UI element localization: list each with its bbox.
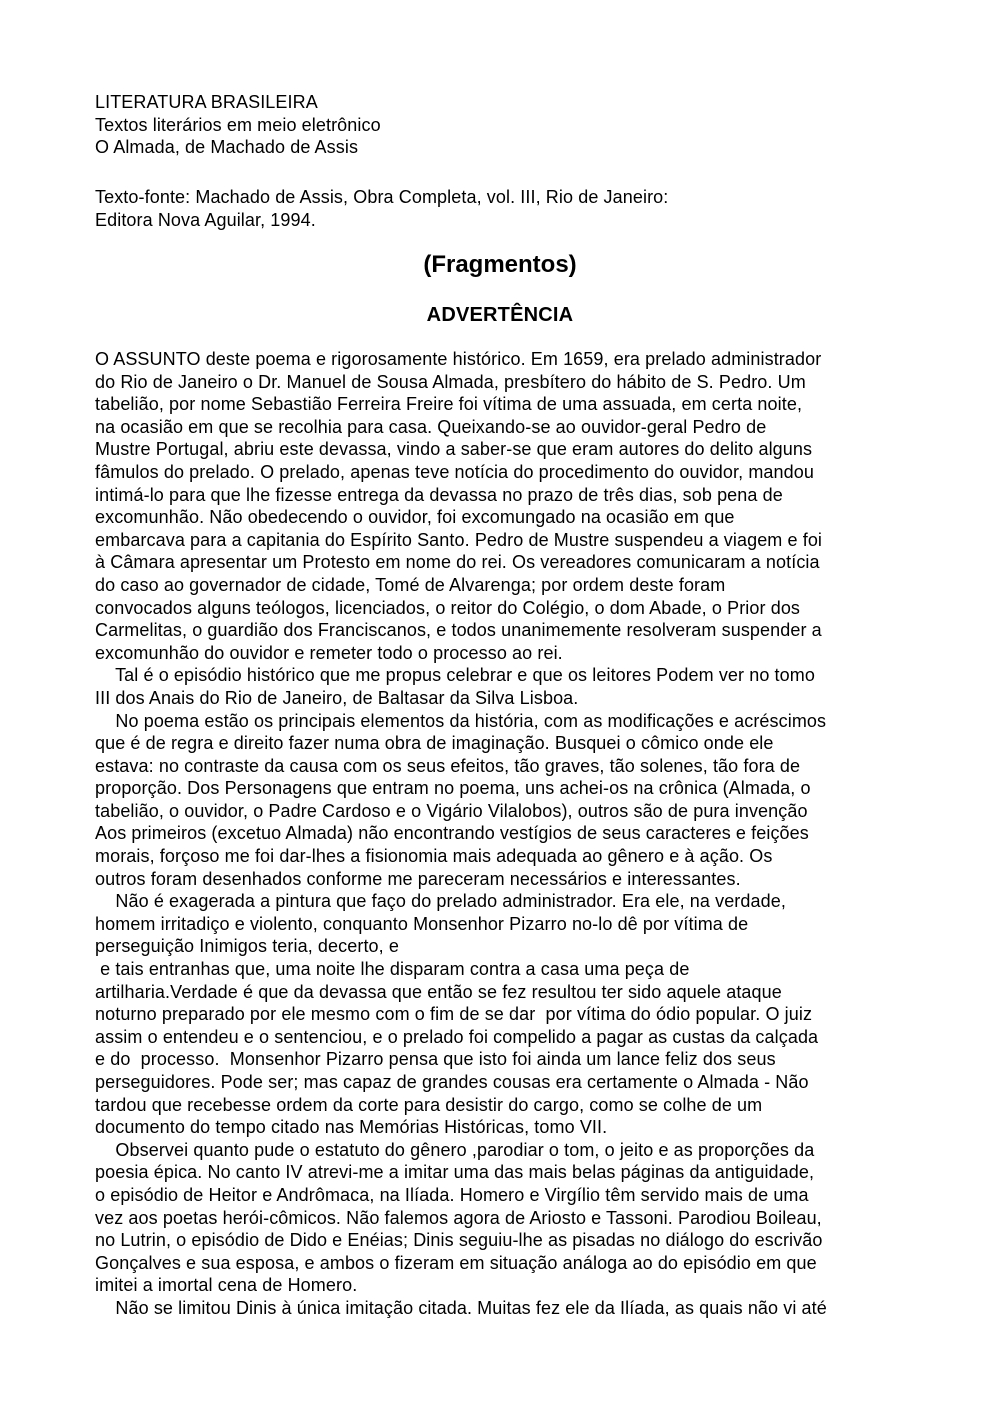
text-line: assim o entendeu e o sentenciou, e o pre… <box>95 1026 910 1049</box>
text-line: LITERATURA BRASILEIRA <box>95 91 381 114</box>
text-line: Gonçalves e sua esposa, e ambos o fizera… <box>95 1252 910 1275</box>
text-line: Textos literários em meio eletrônico <box>95 114 381 137</box>
text-line: documento do tempo citado nas Memórias H… <box>95 1116 910 1139</box>
text-line: Observei quanto pude o estatuto do gêner… <box>95 1139 910 1162</box>
text-line: intimá-lo para que lhe fizesse entrega d… <box>95 484 910 507</box>
text-line: estava: no contraste da causa com os seu… <box>95 755 910 778</box>
text-line: perseguidores. Pode ser; mas capaz de gr… <box>95 1071 910 1094</box>
text-line: Mustre Portugal, abriu este devassa, vin… <box>95 438 910 461</box>
text-line: artilharia.Verdade é que da devassa que … <box>95 981 910 1004</box>
text-line: imitei a imortal cena de Homero. <box>95 1274 910 1297</box>
text-line: Carmelitas, o guardião dos Franciscanos,… <box>95 619 910 642</box>
text-line: Texto-fonte: Machado de Assis, Obra Comp… <box>95 186 668 209</box>
text-line: O Almada, de Machado de Assis <box>95 136 381 159</box>
text-line: No poema estão os principais elementos d… <box>95 710 910 733</box>
text-line: morais, forçoso me foi dar-lhes a fision… <box>95 845 910 868</box>
text-line: tabelião, por nome Sebastião Ferreira Fr… <box>95 393 910 416</box>
text-line: tabelião, o ouvidor, o Padre Cardoso e o… <box>95 800 910 823</box>
text-line: na ocasião em que se recolhia para casa.… <box>95 416 910 439</box>
document-body: O ASSUNTO deste poema e rigorosamente hi… <box>95 348 910 1320</box>
paragraph-6: Não se limitou Dinis à única imitação ci… <box>95 1297 910 1320</box>
text-line: noturno preparado por ele mesmo com o fi… <box>95 1003 910 1026</box>
document-header: LITERATURA BRASILEIRATextos literários e… <box>95 91 381 159</box>
text-line: à Câmara apresentar um Protesto em nome … <box>95 551 910 574</box>
document-page: LITERATURA BRASILEIRATextos literários e… <box>0 0 1000 1415</box>
text-line: excomunhão. Não obedecendo o ouvidor, fo… <box>95 506 910 529</box>
text-line: homem irritadiço e violento, conquanto M… <box>95 913 910 936</box>
source-reference-block: Texto-fonte: Machado de Assis, Obra Comp… <box>95 186 668 231</box>
text-line: convocados alguns teólogos, licenciados,… <box>95 597 910 620</box>
text-line: do Rio de Janeiro o Dr. Manuel de Sousa … <box>95 371 910 394</box>
text-line: tardou que recebesse ordem da corte para… <box>95 1094 910 1117</box>
paragraph-5: Observei quanto pude o estatuto do gêner… <box>95 1139 910 1297</box>
paragraph-2: Tal é o episódio histórico que me propus… <box>95 664 910 709</box>
text-line: e do processo. Monsenhor Pizarro pensa q… <box>95 1048 910 1071</box>
text-line: que é de regra e direito fazer numa obra… <box>95 732 910 755</box>
text-line: no Lutrin, o episódio de Dido e Enéias; … <box>95 1229 910 1252</box>
advertencia-heading: ADVERTÊNCIA <box>0 303 1000 327</box>
text-line: III dos Anais do Rio de Janeiro, de Balt… <box>95 687 910 710</box>
text-line: fâmulos do prelado. O prelado, apenas te… <box>95 461 910 484</box>
text-line: excomunhão do ouvidor e remeter todo o p… <box>95 642 910 665</box>
paragraph-1: O ASSUNTO deste poema e rigorosamente hi… <box>95 348 910 664</box>
text-line: embarcava para a capitania do Espírito S… <box>95 529 910 552</box>
text-line: perseguição Inimigos teria, decerto, e <box>95 935 910 958</box>
fragmentos-heading: (Fragmentos) <box>0 250 1000 280</box>
text-line: O ASSUNTO deste poema e rigorosamente hi… <box>95 348 910 371</box>
text-line: do caso ao governador de cidade, Tomé de… <box>95 574 910 597</box>
text-line: proporção. Dos Personagens que entram no… <box>95 777 910 800</box>
text-line: vez aos poetas herói-cômicos. Não falemo… <box>95 1207 910 1230</box>
text-line: Aos primeiros (excetuo Almada) não encon… <box>95 822 910 845</box>
text-line: Não é exagerada a pintura que faço do pr… <box>95 890 910 913</box>
text-line: outros foram desenhados conforme me pare… <box>95 868 910 891</box>
text-line: Editora Nova Aguilar, 1994. <box>95 209 668 232</box>
text-line: poesia épica. No canto IV atrevi-me a im… <box>95 1161 910 1184</box>
text-line: o episódio de Heitor e Andrômaca, na Ilí… <box>95 1184 910 1207</box>
text-line: e tais entranhas que, uma noite lhe disp… <box>95 958 910 981</box>
paragraph-4: Não é exagerada a pintura que faço do pr… <box>95 890 910 1139</box>
text-line: Não se limitou Dinis à única imitação ci… <box>95 1297 910 1320</box>
text-line: Tal é o episódio histórico que me propus… <box>95 664 910 687</box>
paragraph-3: No poema estão os principais elementos d… <box>95 710 910 891</box>
